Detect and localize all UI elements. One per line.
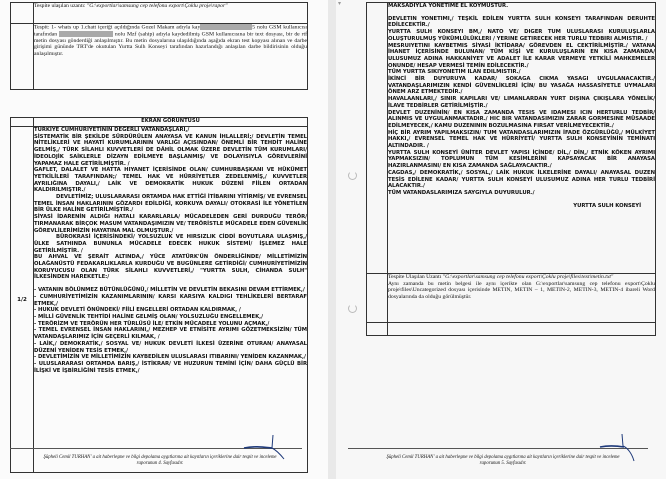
redaction-box bbox=[59, 31, 113, 37]
screenshot-table: EKRAN GÖRÜNTÜSÜ 1/2 TÜRKİYE CUMHURİYETİN… bbox=[10, 117, 308, 473]
tespit-text: Tespit: 1- whats up 1.chatt içeriği açıl… bbox=[34, 24, 308, 90]
page-gutter bbox=[328, 0, 336, 479]
council-signature: YURTTA SULH KONSEYİ bbox=[388, 203, 655, 210]
binder-hole-mark bbox=[348, 171, 357, 180]
screenshot-header: EKRAN GÖRÜNTÜSÜ bbox=[34, 118, 308, 127]
declaration-text: MAKSADIYLA YONETIME EL KOYMUSTUR. DEVLET… bbox=[388, 3, 656, 274]
page-number: 1/2 bbox=[11, 127, 34, 473]
tespit-note: Tespite Ulaşılan Uzantı "G:\exportlar\sa… bbox=[388, 274, 656, 323]
tespit-table: Tespite ulaşılan uzantı: "G:\exportlar\s… bbox=[10, 2, 308, 90]
declaration-text: TÜRKİYE CUMHURİYETİNİN DEĞERLİ VATANDAŞL… bbox=[34, 127, 308, 473]
document-page-5: ▾ MAKSADIYLA YONETIME EL KOYMUSTUR. DEVL… bbox=[336, 0, 666, 479]
list-item: - TEMEL EVRENSEL İNSAN HAKLARINI,/ MEZHE… bbox=[34, 327, 307, 340]
page-footer: Şüpheli Cemil TURHAN' a ait haberleşme v… bbox=[40, 455, 280, 467]
list-item: - DEVLETİMİZİN VE MİLLETİMİZİN KAYBEDİLE… bbox=[34, 354, 307, 361]
document-page-4: Tespite ulaşılan uzantı: "G:\exportlar\s… bbox=[0, 0, 329, 479]
list-item: - HUKUK DEVLETİ ÖNÜNDEKİ/ FİİLİ ENGELLER… bbox=[34, 307, 307, 314]
scan-mark: ▾ bbox=[338, 0, 341, 7]
list-item: - VATANIN BÖLÜNMEZ BÜTÜNLÜĞÜNÜ,/ MİLLETİ… bbox=[34, 287, 307, 294]
empty-cell bbox=[388, 323, 656, 336]
path-value: "G:\exportlar\samsung cep telefonu expor… bbox=[87, 3, 228, 9]
list-item: - CUMHURİYETİMİZİN KAZANIMLARININ/ KARSI… bbox=[34, 294, 307, 307]
number-cell bbox=[11, 24, 34, 90]
path-label: Tespite ulaşılan uzantı: bbox=[34, 3, 87, 9]
note-body: Aynı zamanda bu metin belgesi ile aynı i… bbox=[388, 281, 655, 300]
redaction-box bbox=[200, 24, 252, 30]
list-item: - LAİK,/ DEMOKRATİK,/ SOSYAL VE/ HUKUK D… bbox=[34, 341, 307, 354]
number-cell bbox=[367, 3, 388, 274]
number-cell bbox=[11, 3, 34, 24]
list-item: - MİLLİ GÜVENLİK TEHTİDİ HALİNE GELMİŞ O… bbox=[34, 314, 307, 321]
binder-hole-mark bbox=[348, 304, 357, 313]
list-item: - ULUSLARARASI ORTAMDA BARIŞ,/ İSTİKRAR/… bbox=[34, 361, 307, 374]
number-cell bbox=[367, 323, 388, 336]
path-cell: Tespite ulaşılan uzantı: "G:\exportlar\s… bbox=[34, 3, 308, 24]
path-label: Tespite Ulaşılan Uzantı bbox=[388, 274, 443, 280]
path-value: "G:\exportlar\samsung cep telefonu expor… bbox=[443, 274, 614, 280]
page-footer: Şüpheli Cemil TURHAN' a ait haberleşme v… bbox=[378, 455, 628, 467]
continuation-table: MAKSADIYLA YONETIME EL KOYMUSTUR. DEVLET… bbox=[366, 2, 656, 336]
number-cell bbox=[367, 274, 388, 323]
number-cell bbox=[11, 118, 34, 127]
